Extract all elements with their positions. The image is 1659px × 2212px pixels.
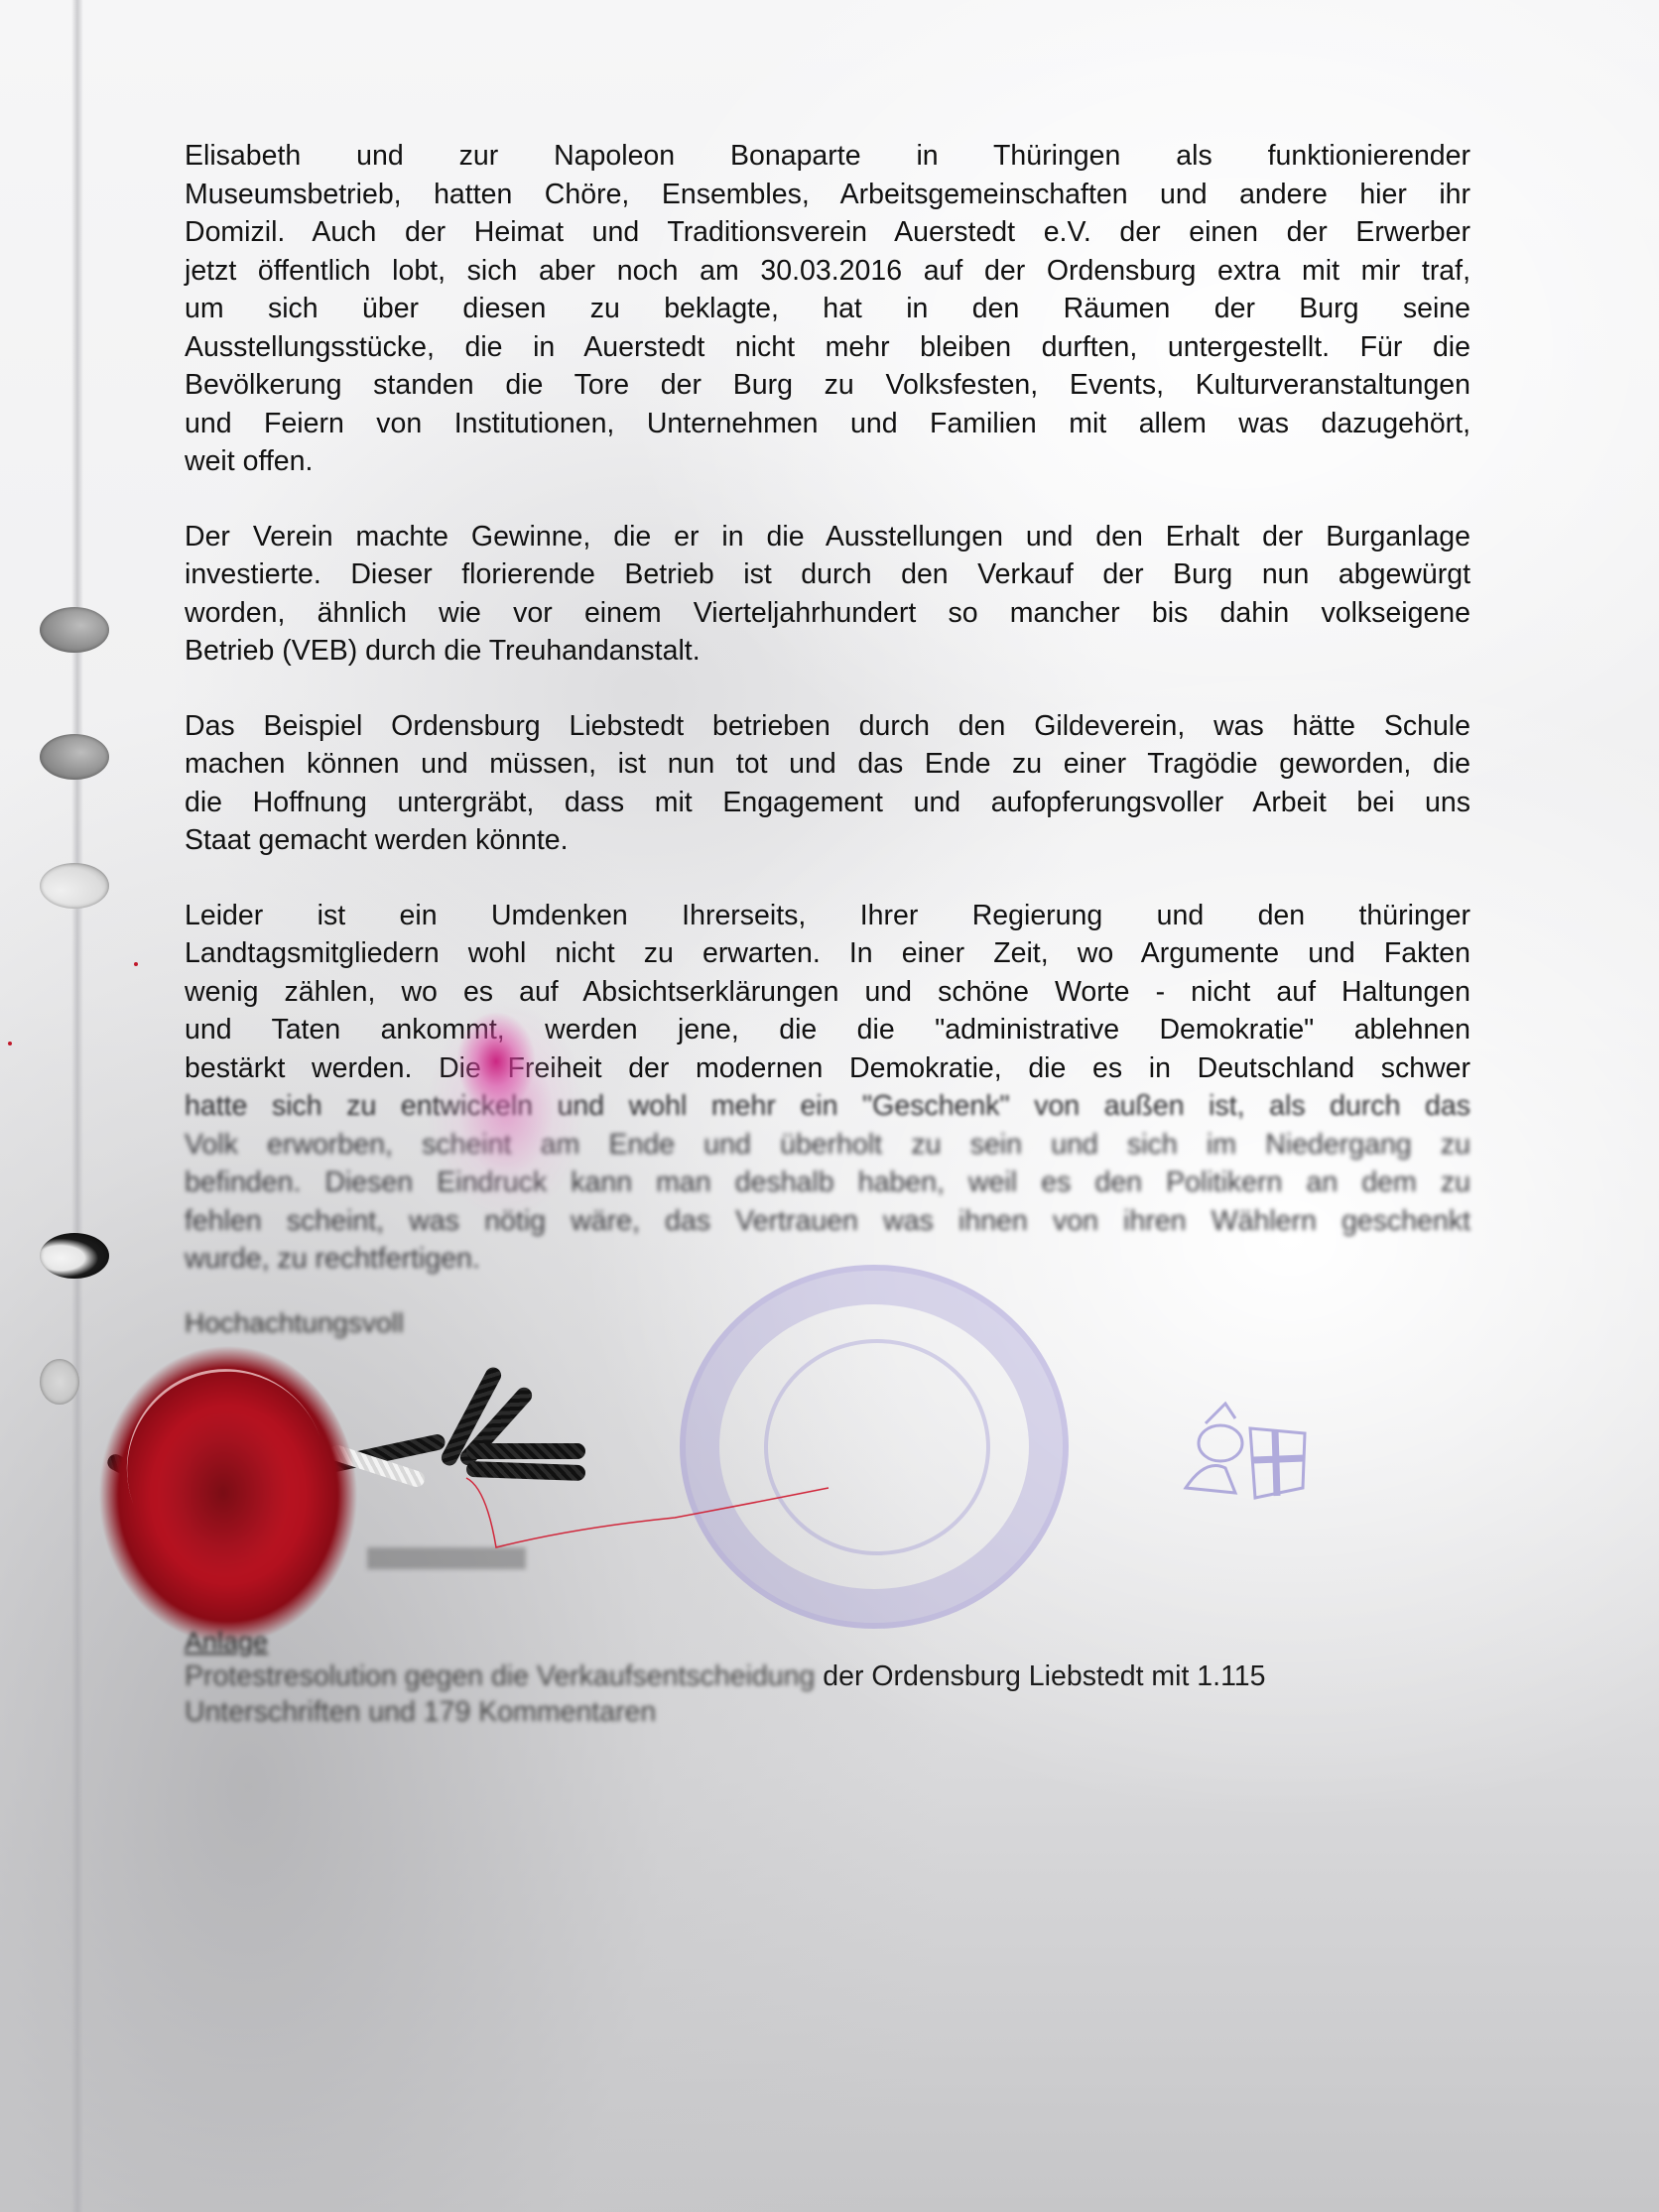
text-line: Domizil. Auch der Heimat und Traditionsv… (185, 213, 1470, 252)
punch-hole (40, 734, 109, 780)
annex-description: Protestresolution gegen die Verkaufsents… (185, 1659, 1470, 1730)
text-line: wenig zählen, wo es auf Absichtserklärun… (185, 973, 1470, 1012)
text-line: um sich über diesen zu beklagte, hat in … (185, 290, 1470, 328)
text-line: Staat gemacht werden könnte. (185, 821, 1470, 860)
text-line: fehlen scheint, was nötig wäre, das Vert… (185, 1202, 1470, 1241)
annex-heading: Anlage (185, 1627, 268, 1658)
punch-hole (40, 863, 109, 909)
text-line: Volk erworben, scheint am Ende und überh… (185, 1126, 1470, 1165)
text-line: Leider ist ein Umdenken Ihrerseits, Ihre… (185, 897, 1470, 935)
closing-phrase: Hochachtungsvoll (185, 1307, 404, 1339)
text-line: worden, ähnlich wie vor einem Vierteljah… (185, 594, 1470, 633)
annex-line-2: Unterschriften und 179 Kommentaren (185, 1694, 1470, 1730)
text-line: Elisabeth und zur Napoleon Bonaparte in … (185, 137, 1470, 176)
text-line: hatte sich zu entwickeln und wohl mehr e… (185, 1087, 1470, 1126)
text-line: Landtagsmitgliedern wohl nicht zu erwart… (185, 934, 1470, 973)
text-line: Betrieb (VEB) durch die Treuhandanstalt. (185, 632, 1470, 671)
letter-body: Elisabeth und zur Napoleon Bonaparte in … (185, 137, 1470, 1315)
text-line: Ausstellungsstücke, die in Auerstedt nic… (185, 328, 1470, 367)
punch-hole (40, 607, 109, 653)
pink-ink-blot (417, 1002, 585, 1220)
paragraph-1: Elisabeth und zur Napoleon Bonaparte in … (185, 137, 1470, 481)
red-thread (377, 1448, 833, 1557)
paragraph-3: Das Beispiel Ordensburg Liebstedt betrie… (185, 707, 1470, 860)
text-line: die Hoffnung untergräbt, dass mit Engage… (185, 784, 1470, 822)
paragraph-2: Der Verein machte Gewinne, die er in die… (185, 518, 1470, 671)
punch-hole (40, 1359, 79, 1405)
text-line: investierte. Dieser florierende Betrieb … (185, 555, 1470, 594)
binding-fold-line (71, 0, 83, 2212)
punch-hole-with-cord (40, 1233, 109, 1279)
red-speck (8, 1042, 12, 1045)
paragraph-4: Leider ist ein Umdenken Ihrerseits, Ihre… (185, 897, 1470, 1279)
text-line: und Taten ankommt, werden jene, die die … (185, 1011, 1470, 1049)
text-line: Bevölkerung standen die Tore der Burg zu… (185, 366, 1470, 405)
text-line: befinden. Diesen Eindruck kann man desha… (185, 1164, 1470, 1202)
text-line: und Feiern von Institutionen, Unternehme… (185, 405, 1470, 443)
text-line: weit offen. (185, 442, 1470, 481)
text-line: bestärkt werden. Die Freiheit der modern… (185, 1049, 1470, 1088)
text-line: Museumsbetrieb, hatten Chöre, Ensembles,… (185, 176, 1470, 214)
annex-line-1: Protestresolution gegen die Verkaufsents… (185, 1659, 1470, 1694)
text-line: Der Verein machte Gewinne, die er in die… (185, 518, 1470, 556)
text-line: machen können und müssen, ist nun tot un… (185, 745, 1470, 784)
text-line: Das Beispiel Ordensburg Liebstedt betrie… (185, 707, 1470, 746)
knight-shield-stamp-icon (1166, 1399, 1315, 1508)
text-line: jetzt öffentlich lobt, sich aber noch am… (185, 252, 1470, 291)
red-speck (134, 962, 138, 966)
